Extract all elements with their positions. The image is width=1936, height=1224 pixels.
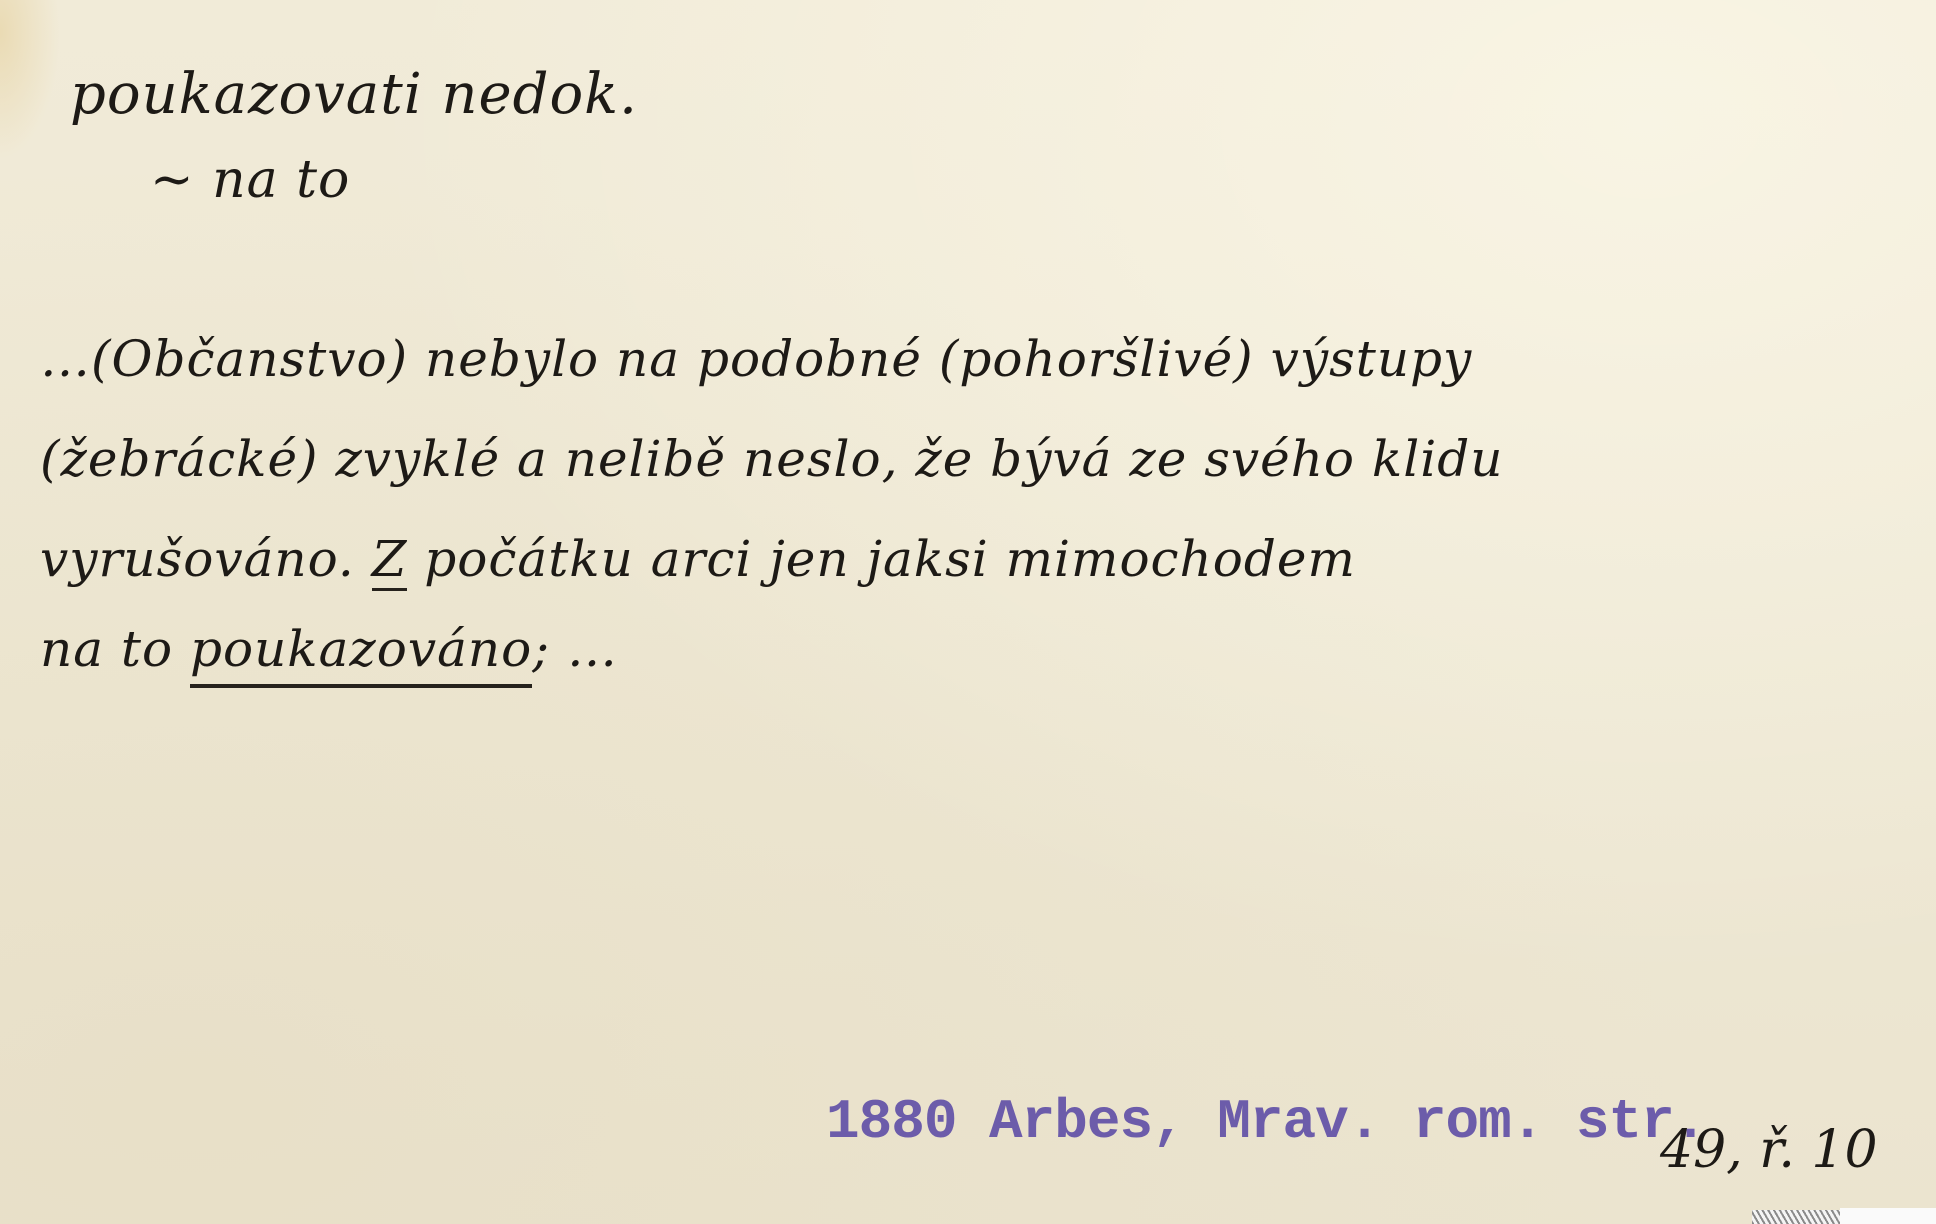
quote-line-4: na to poukazováno; … xyxy=(40,620,618,678)
underlined-z: Z xyxy=(372,530,408,591)
underlined-headword-form: poukazováno xyxy=(190,620,532,688)
scan-edge-white xyxy=(1840,1208,1936,1224)
source-stamp: 1880 Arbes, Mrav. rom. str. xyxy=(826,1090,1706,1154)
quote-line-4-end: ; … xyxy=(532,620,618,678)
quote-line-3-end: počátku arci jen jaksi mimochodem xyxy=(407,530,1355,588)
quote-line-3: vyrušováno. Z počátku arci jen jaksi mim… xyxy=(40,530,1356,588)
subsense: ~ na to xyxy=(150,150,350,210)
quote-line-1: …(Občanstvo) nebylo na podobné (pohoršli… xyxy=(40,330,1472,388)
quote-line-3-start: vyrušováno. xyxy=(40,530,372,588)
source-page-line-ref: 49, ř. 10 xyxy=(1660,1120,1878,1180)
quote-line-4-start: na to xyxy=(40,620,190,678)
lexicon-slip-card: poukazovati nedok. ~ na to …(Občanstvo) … xyxy=(0,0,1936,1224)
quote-line-2: (žebrácké) zvyklé a nelibě neslo, že býv… xyxy=(40,430,1503,488)
headword: poukazovati nedok. xyxy=(70,62,638,127)
